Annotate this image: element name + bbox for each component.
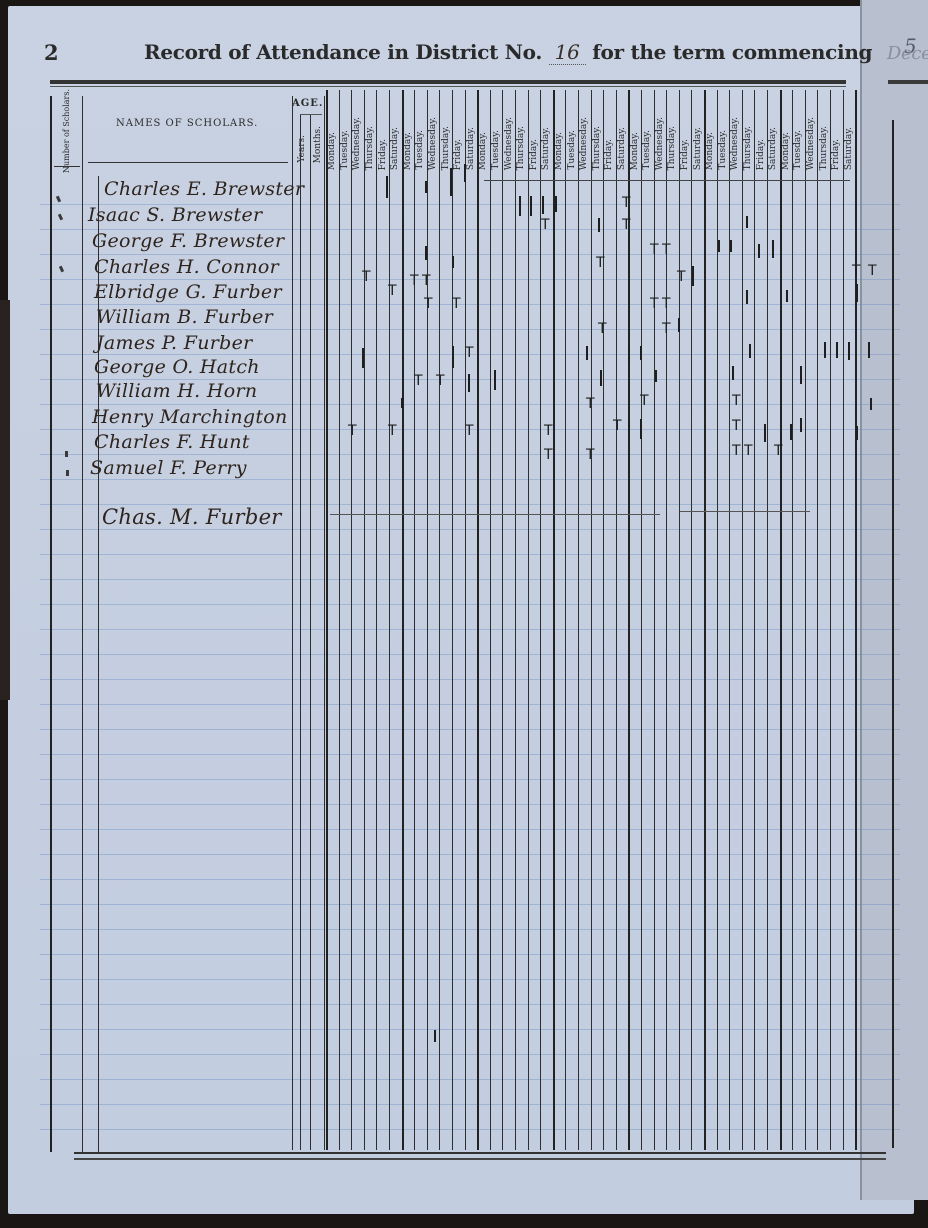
footer-rule [74,1152,886,1154]
absence-mark [856,284,858,302]
tardy-mark: T [650,243,659,257]
tardy-mark: T [640,394,649,408]
grid-line [565,90,566,1150]
day-column-header: Monday. [628,88,641,174]
tardy-mark: T [732,394,741,408]
day-column-header: Friday. [452,88,465,174]
row-rule-top [484,180,850,181]
grid-line [310,115,311,1150]
absence-mark [655,370,657,382]
grid-line [515,90,516,1150]
absence-mark [386,176,388,198]
grid-line [591,90,592,1150]
title-middle: for the term commencing [592,40,872,64]
scholar-name: Charles H. Connor [94,256,279,278]
absence-mark [848,342,850,360]
absence-mark [800,418,802,432]
absence-mark [425,246,427,260]
grid-line [324,96,325,1150]
tardy-mark: T [452,297,461,311]
absence-mark [600,370,602,386]
page-title: Record of Attendance in District No. 16 … [144,40,928,65]
grid-line [490,90,491,1150]
absence-mark [718,240,720,252]
scholar-name: Henry Marchington [92,406,288,428]
day-column-header: Thursday. [515,88,528,174]
tardy-mark: T [544,448,553,462]
grid-line [402,90,404,1150]
tardy-mark: T [622,196,631,210]
row-rule-end-a [330,514,660,515]
footer-rule-double [74,1158,886,1160]
grid-line [528,90,529,1150]
tardy-mark: T [410,274,419,288]
years-header: Years. [294,115,310,163]
tardy-mark: T [362,270,371,284]
grid-line [477,90,479,1150]
absence-mark [870,398,872,410]
tardy-mark: T [677,270,686,284]
grid-line [754,90,755,1150]
grid-line [414,90,415,1150]
tardy-mark: T [586,397,595,411]
absence-mark [730,240,732,252]
grid-line [326,90,328,1150]
tardy-mark: T [650,297,659,311]
row-tick [65,451,68,457]
names-of-scholars-header: NAMES OF SCHOLARS. [116,118,258,129]
absence-mark [530,196,532,216]
grid-line [292,96,293,1150]
tardy-mark: T [544,424,553,438]
absence-mark [452,346,454,368]
day-column-header: Thursday. [439,88,452,174]
absence-mark [640,346,642,360]
scholar-name: James P. Furber [96,332,253,354]
day-column-header: Wednesday. [351,88,364,174]
absence-mark [468,374,470,392]
day-column-header: Saturday. [843,88,856,174]
absence-mark [772,240,774,258]
day-column-header: Wednesday. [805,88,818,174]
absence-mark [362,348,364,368]
grid-line [339,90,340,1150]
day-column-header: Thursday. [591,88,604,174]
day-column-header: Friday. [603,88,616,174]
absence-mark [800,366,802,384]
tardy-mark: T [868,264,877,278]
absence-mark [868,342,870,358]
day-column-header: Saturday. [767,88,780,174]
grid-line [82,96,83,1152]
day-column-header: Wednesday. [502,88,515,174]
grid-line [616,90,617,1150]
age-header: AGE. [292,98,323,109]
tardy-mark: T [662,322,671,336]
grid-line [540,90,541,1150]
absence-mark [434,1030,436,1042]
tardy-mark: T [744,444,753,458]
tardy-mark: T [598,322,607,336]
grid-line [843,90,844,1150]
grid-line [389,90,390,1150]
tardy-mark: T [613,419,622,433]
grid-line [855,90,857,1150]
grid-line [742,90,743,1150]
names-col-rule [88,162,288,163]
grid-line [679,90,680,1150]
tardy-mark: T [732,419,741,433]
grid-line [300,115,301,1150]
grid-line [628,90,630,1150]
absence-mark [425,181,427,193]
tardy-mark: T [465,424,474,438]
tardy-mark: T [774,444,783,458]
absence-mark [678,318,680,332]
scholar-name: Samuel F. Perry [90,457,247,479]
scholar-name: Isaac S. Brewster [88,204,262,226]
day-column-header: Saturday. [465,88,478,174]
scholar-name: William B. Furber [96,306,273,328]
page-number: 2 [44,40,59,65]
tardy-mark: T [541,218,550,232]
absence-mark [764,424,766,442]
absence-mark [640,419,642,439]
day-column-header: Wednesday. [729,88,742,174]
grid-line [439,90,440,1150]
tardy-mark: T [662,297,671,311]
grid-line [50,96,52,1152]
scholar-name: Chas. M. Furber [102,505,282,529]
day-column-header: Tuesday. [490,88,503,174]
day-column-header: Thursday. [666,88,679,174]
day-column-header: Tuesday. [641,88,654,174]
day-column-header: Tuesday. [414,88,427,174]
tardy-mark: T [465,346,474,360]
grid-line [452,90,453,1150]
absence-mark [519,196,521,216]
tardy-mark: T [662,243,671,257]
absence-mark [628,346,630,362]
day-column-header: Monday. [477,88,490,174]
day-column-header: Tuesday. [717,88,730,174]
day-column-header: Tuesday. [339,88,352,174]
tardy-mark: T [586,448,595,462]
scholar-name: William H. Horn [96,380,257,402]
tardy-mark: T [422,274,431,288]
absence-mark [749,344,751,358]
grid-line [792,90,793,1150]
grid-line [351,90,352,1150]
day-column-header: Friday. [679,88,692,174]
day-column-header: Wednesday. [654,88,667,174]
day-column-header: Friday. [528,88,541,174]
absence-mark [464,164,466,182]
day-column-header: Friday. [754,88,767,174]
tardy-mark: T [852,264,861,278]
grid-line [578,90,579,1150]
absence-mark [856,426,858,440]
day-column-header: Wednesday. [427,88,440,174]
tardy-mark: T [596,256,605,270]
tardy-mark: T [732,444,741,458]
absence-mark [586,346,588,360]
scholar-name: George O. Hatch [94,356,260,378]
grid-line [767,90,768,1150]
grid-line [780,90,782,1150]
grid-line [376,90,377,1150]
tardy-mark: T [414,374,423,388]
absence-mark [542,196,544,214]
tardy-mark: T [436,374,445,388]
day-column-header: Tuesday. [792,88,805,174]
months-header: Months. [311,115,325,163]
day-column-header: Thursday. [364,88,377,174]
facing-page-edge: 5 [860,0,928,1200]
grid-line [603,90,604,1150]
absence-mark [836,342,838,358]
day-column-header: Saturday. [691,88,704,174]
scholar-name: Charles E. Brewster [104,178,304,200]
absence-mark [628,419,630,433]
day-column-header: Wednesday. [578,88,591,174]
grid-line [465,90,466,1150]
absence-mark [824,342,826,358]
day-column-header: Thursday. [817,88,830,174]
absence-mark [746,290,748,304]
grid-line [427,90,428,1150]
absence-mark [494,370,496,390]
age-divider [300,114,322,115]
grid-line [691,90,692,1150]
term-start: Decemb [887,43,928,64]
tardy-mark: T [424,297,433,311]
header-rule [50,80,846,84]
grid-line [817,90,818,1150]
grid-line [364,90,365,1150]
scholar-name: George F. Brewster [92,230,284,252]
day-column-header: Friday. [376,88,389,174]
binding-shadow [0,300,10,700]
tardy-mark: T [388,424,397,438]
absence-mark [401,398,403,408]
absence-mark [758,244,760,258]
tardy-mark: T [348,424,357,438]
scholar-name: Charles F. Hunt [94,431,250,453]
day-column-header: Thursday. [742,88,755,174]
title-prefix: Record of Attendance in District No. [144,40,542,64]
absence-mark [786,290,788,302]
tardy-mark: T [622,218,631,232]
grid-line [641,90,642,1150]
absence-mark [692,266,694,286]
facing-page-rule [888,80,928,84]
absence-mark [732,366,734,380]
grid-line [502,90,503,1150]
absence-mark [555,196,557,212]
number-col-rule [54,166,80,167]
grid-line [830,90,831,1150]
day-column-header: Saturday. [540,88,553,174]
number-of-scholars-header: Number of Scholars. [52,96,80,166]
tardy-mark: T [388,284,397,298]
absence-mark [450,168,452,196]
absence-mark [790,424,792,440]
row-rule-end-b [680,511,810,512]
day-column-header: Saturday. [616,88,629,174]
grid-line [805,90,806,1150]
day-column-header: Saturday. [389,88,402,174]
absence-mark [452,256,454,268]
grid-line [892,120,894,1148]
absence-mark [598,218,600,232]
row-tick [66,470,69,476]
district-number: 16 [549,40,586,65]
day-column-header: Friday. [830,88,843,174]
grid-line [553,90,555,1150]
absence-mark [746,216,748,228]
scholar-name: Elbridge G. Furber [94,281,282,303]
header-rule-thin [50,86,846,87]
grid-line [704,90,706,1150]
day-column-header: Tuesday. [565,88,578,174]
